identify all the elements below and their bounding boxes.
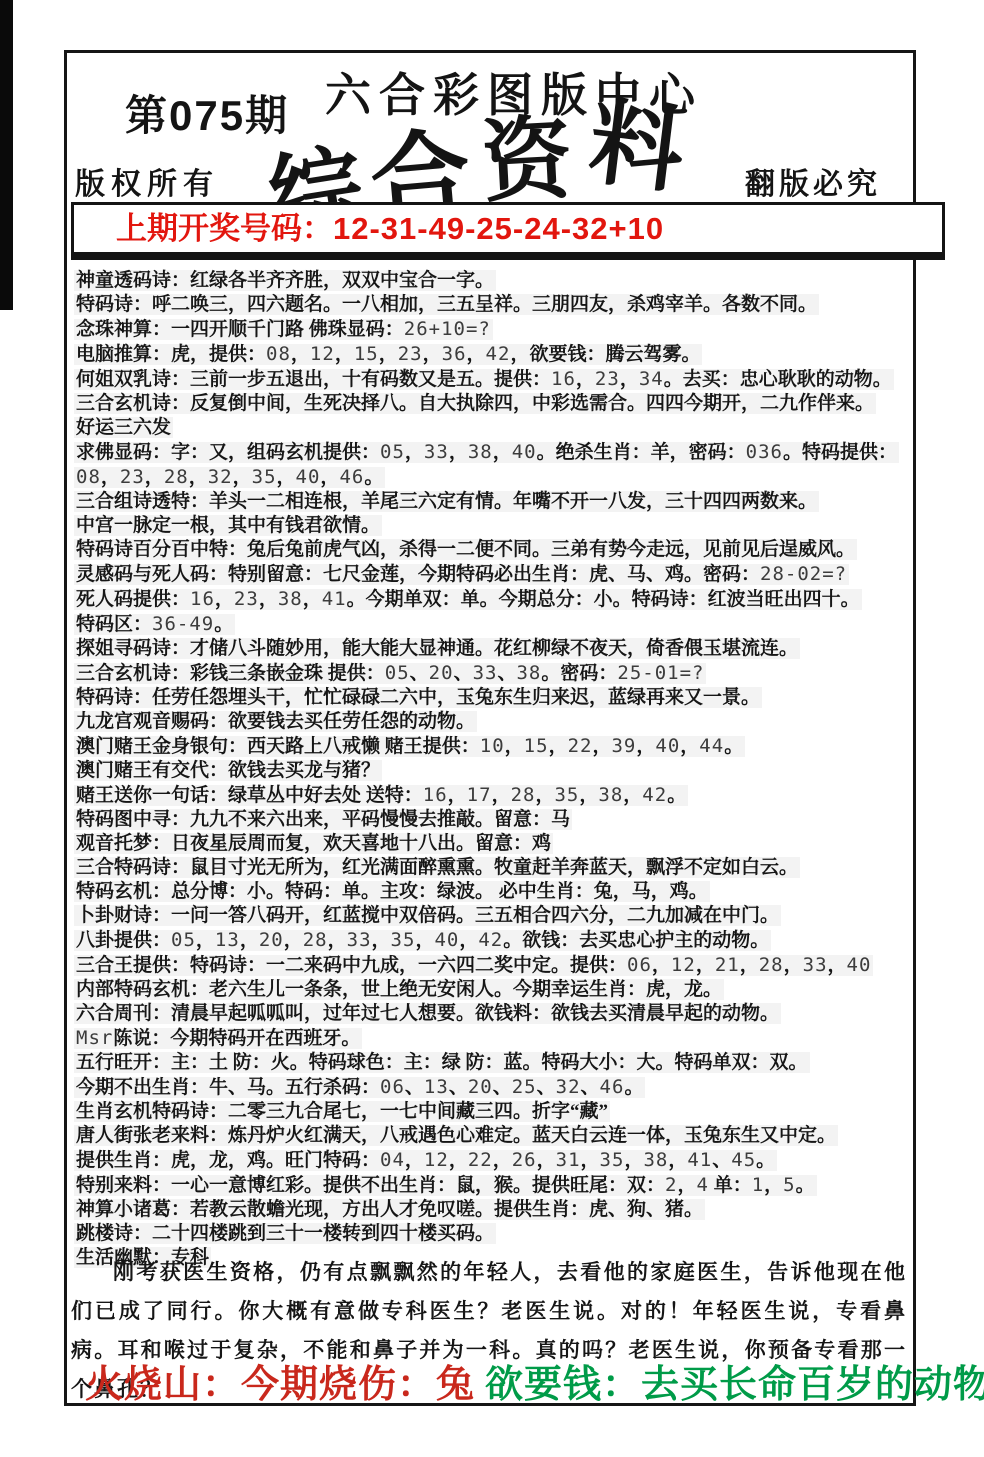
content-line: 今期不出生肖：牛、马。五行杀码：06、13、20、25、32、46。 — [74, 1075, 908, 1100]
number-run: 2 — [665, 1174, 677, 1196]
content-line: 中宫一脉定一根，其中有钱君欲情。 — [74, 514, 908, 538]
content-line: 特码诗百分百中特：兔后兔前虎气凶，杀得一二便不同。三弟有势今走远，见前见后逞威风… — [74, 538, 908, 562]
number-run: 15 — [524, 735, 549, 757]
content-line: 生肖玄机特码诗：二零三九合尾七，一七中间藏三四。折字“藏” — [74, 1100, 908, 1124]
number-run: 44 — [699, 735, 724, 757]
content-line: 好运三六发 — [74, 416, 908, 440]
content-line: 神算小诸葛：若教云散蟾光现，方出人才免叹嗟。提供生肖：虎、狗、猪。 — [74, 1198, 908, 1222]
number-run: 05 — [171, 929, 196, 951]
number-run: 12 — [671, 954, 696, 976]
line-text: 特别来料：一心一意博红彩。提供不出生肖：鼠，猴。提供旺尾：双：2，4 单：1，5… — [74, 1175, 817, 1196]
number-run: 06 — [380, 1076, 405, 1098]
scan-artifact-strip — [0, 0, 13, 310]
number-run: 41 — [687, 1149, 712, 1171]
line-text: 生肖玄机特码诗：二零三九合尾七，一七中间藏三四。折字“藏” — [74, 1101, 610, 1122]
line-text: 特码诗：任劳任怨埋头干，忙忙碌碌二六中，玉兔东生归来迟，蓝绿再来又一景。 — [74, 687, 762, 708]
line-text: 死人码提供：16，23，38，41。今期单双：单。今期总分：小。特码诗：红波当旺… — [74, 589, 862, 610]
number-run: Msr — [76, 1027, 113, 1049]
number-run: 40 — [434, 929, 459, 951]
number-run: 04 — [380, 1149, 405, 1171]
line-text: 灵感码与死人码：特别留意：七尺金莲，今期特码必出生肖：虎、马、鸡。密码：28-0… — [74, 564, 849, 585]
line-text: 三合王提供：特码诗：一二来码中九成，一六四二奖中定。提供：06，12，21，28… — [74, 955, 873, 976]
number-run: 08 — [76, 466, 101, 488]
number-run: 28 — [511, 784, 536, 806]
line-text: 特码诗：呼二唤三，四六题名。一八相加，三五呈祥。三朋四友，杀鸡宰羊。各数不同。 — [74, 294, 819, 315]
number-run: 22 — [568, 735, 593, 757]
content-line: 九龙宫观音赐码：欲要钱去买任劳任怨的动物。 — [74, 710, 908, 734]
line-text: 今期不出生肖：牛、马。五行杀码：06、13、20、25、32、46。 — [74, 1077, 645, 1098]
number-run: 12 — [310, 343, 335, 365]
content-line: 特码诗：任劳任怨埋头干，忙忙碌碌二六中，玉兔东生归来迟，蓝绿再来又一景。 — [74, 686, 908, 710]
number-run: 38 — [516, 662, 541, 684]
content-line: 特码区：36-49。 — [74, 612, 908, 637]
line-text: 唐人街张老来料：炼丹炉火红满天，八戒遇色心难定。蓝天白云连一体，玉兔东生又中定。 — [74, 1125, 838, 1146]
last-draw-numbers-box: 上期开奖号码：12-31-49-25-24-32+10 — [71, 202, 945, 260]
number-run: 22 — [468, 1149, 493, 1171]
number-run: 35 — [554, 784, 579, 806]
number-run: 16 — [190, 588, 215, 610]
line-text: 神童透码诗：红绿各半齐齐胜，双双中宝合一字。 — [74, 270, 496, 291]
line-text: 电脑推算：虎，提供：08，12，15，23，36，42，欲要钱：腾云驾雾。 — [74, 344, 702, 365]
line-text: 特码玄机：总分博：小。特码：单。主攻：绿波。 必中生肖：兔，马，鸡。 — [74, 881, 710, 902]
number-run: 46 — [600, 1076, 625, 1098]
anti-piracy-notice: 翻版必究 — [745, 159, 881, 203]
line-text: 八卦提供：05，13，20，28，33，35，40，42。欲钱：去买忠心护主的动… — [74, 930, 771, 951]
page-frame: 第075期 六合彩图版中心 综合资料 版权所有 翻版必究 上期开奖号码：12-3… — [64, 50, 916, 1406]
content-line: 澳门赌王有交代：欲钱去买龙与猪？ — [74, 759, 908, 783]
content-line: 三合玄机诗：反复倒中间，生死决择八。自大执除四，中彩选需合。四四今期开，二九作伴… — [74, 392, 908, 416]
line-text: 中宫一脉定一根，其中有钱君欲情。 — [74, 515, 382, 536]
number-run: 42 — [642, 784, 667, 806]
number-run: 23 — [595, 368, 620, 390]
number-run: 38 — [598, 784, 623, 806]
number-run: 036 — [746, 441, 783, 463]
number-run: 32 — [556, 1076, 581, 1098]
number-run: 06 — [627, 954, 652, 976]
content-line: 念珠神算：一四开顺千门路 佛珠显码：26+10=? — [74, 317, 908, 342]
number-run: 23 — [120, 466, 145, 488]
line-text: 探姐寻码诗：才储八斗随妙用，能大能大显神通。花红柳绿不夜天，倚香偎玉堪流连。 — [74, 638, 800, 659]
number-run: 05 — [385, 662, 410, 684]
line-text: 九龙宫观音赐码：欲要钱去买任劳任怨的动物。 — [74, 711, 477, 732]
content-line: 三合组诗透特：羊头一二相连根，羊尾三六定有情。年嘴不开一八发，三十四四两数来。 — [74, 490, 908, 514]
title-char: 资 — [478, 85, 575, 219]
content-line: 内部特码玄机：老六生儿一条条，世上绝无安闲人。今期幸运生肖：虎，龙。 — [74, 978, 908, 1002]
number-run: 10 — [480, 735, 505, 757]
line-text: 内部特码玄机：老六生儿一条条，世上绝无安闲人。今期幸运生肖：虎，龙。 — [74, 979, 724, 1000]
line-text: 好运三六发 — [74, 417, 173, 438]
line-text: 三合组诗透特：羊头一二相连根，羊尾三六定有情。年嘴不开一八发，三十四四两数来。 — [74, 491, 819, 512]
number-run: 16 — [423, 784, 448, 806]
number-run: 31 — [556, 1149, 581, 1171]
number-run: 5 — [783, 1174, 795, 1196]
number-run: 20 — [468, 1076, 493, 1098]
line-text: 六合周刊：清晨早起呱呱叫，过年过七人想要。欲钱料：欲钱去买清晨早起的动物。 — [74, 1003, 781, 1024]
line-text: 何姐双乳诗：三前一步五退出，十有码数又是五。提供：16，23，34。去买：忠心耿… — [74, 369, 894, 390]
line-text: 三合特码诗：鼠目寸光无所为，红光满面醉熏熏。牧童赶羊奔蓝天，飘浮不定如白云。 — [74, 857, 800, 878]
content-line: 六合周刊：清晨早起呱呱叫，过年过七人想要。欲钱料：欲钱去买清晨早起的动物。 — [74, 1002, 908, 1026]
content-line: 神童透码诗：红绿各半齐齐胜，双双中宝合一字。 — [74, 269, 908, 293]
content-line: 观音托梦：日夜星辰周而复，欢天喜地十八出。留意：鸡 — [74, 832, 908, 856]
number-run: 40 — [655, 735, 680, 757]
number-run: 16 — [551, 368, 576, 390]
number-run: 26+10=? — [404, 318, 491, 340]
number-run: 05 — [380, 441, 405, 463]
content-line: 特码玄机：总分博：小。特码：单。主攻：绿波。 必中生肖：兔，马，鸡。 — [74, 880, 908, 904]
number-run: 08 — [266, 343, 291, 365]
number-run: 4 — [696, 1174, 708, 1196]
line-text: 求佛显码：字：又，组码玄机提供：05，33，38，40。绝杀生肖：羊，密码：03… — [74, 442, 899, 463]
title-char: 料 — [583, 66, 693, 211]
content-line: 探姐寻码诗：才储八斗随妙用，能大能大显神通。花红柳绿不夜天，倚香偎玉堪流连。 — [74, 637, 908, 661]
content-line: 唐人街张老来料：炼丹炉火红满天，八戒遇色心难定。蓝天白云连一体，玉兔东生又中定。 — [74, 1124, 908, 1148]
number-run: 38 — [468, 441, 493, 463]
number-run: 20 — [259, 929, 284, 951]
number-run: 33 — [424, 441, 449, 463]
number-run: 40 — [512, 441, 537, 463]
number-run: 33 — [473, 662, 498, 684]
content-line: 卜卦财诗：一问一答八码开，红蓝搅中双倍码。三五相合四六分，二九加减在中门。 — [74, 904, 908, 928]
number-run: 1 — [752, 1174, 764, 1196]
line-text: 澳门赌王金身银句：西天路上八戒懒 赌王提供：10，15，22，39，40，44。 — [74, 736, 745, 757]
line-text: 特码图中寻：九九不来六出来，平码慢慢去推敲。留意：马 — [74, 809, 572, 830]
number-run: 45 — [731, 1149, 756, 1171]
content-line: 08，23，28，32，35，40，46。 — [74, 465, 908, 490]
content-line: 提供生肖：虎，龙，鸡。旺门特码：04，12，22，26，31，35，38，41、… — [74, 1148, 908, 1173]
number-run: 28 — [759, 954, 784, 976]
hot-tip-green: 欲要钱：去买长命百岁的动物 — [485, 1364, 984, 1406]
number-run: 41 — [322, 588, 347, 610]
number-run: 28 — [164, 466, 189, 488]
content-line: 三合特码诗：鼠目寸光无所为，红光满面醉熏熏。牧童赶羊奔蓝天，飘浮不定如白云。 — [74, 856, 908, 880]
number-run: 15 — [354, 343, 379, 365]
number-run: 42 — [478, 929, 503, 951]
number-run: 40 — [847, 954, 872, 976]
number-run: 28-02=? — [760, 563, 847, 585]
number-run: 35 — [252, 466, 277, 488]
line-text: 卜卦财诗：一问一答八码开，红蓝搅中双倍码。三五相合四六分，二九加减在中门。 — [74, 905, 781, 926]
number-run: 46 — [339, 466, 364, 488]
content-line: 特别来料：一心一意博红彩。提供不出生肖：鼠，猴。提供旺尾：双：2，4 单：1，5… — [74, 1173, 908, 1198]
number-run: 25-01=? — [617, 662, 704, 684]
number-run: 17 — [467, 784, 492, 806]
number-run: 35 — [391, 929, 416, 951]
number-run: 21 — [715, 954, 740, 976]
line-text: Msr陈说：今期特码开在西班牙。 — [74, 1028, 362, 1049]
line-text: 特码诗百分百中特：兔后兔前虎气凶，杀得一二便不同。三弟有势今走远，见前见后逞威风… — [74, 539, 857, 560]
content-line: 电脑推算：虎，提供：08，12，15，23，36，42，欲要钱：腾云驾雾。 — [74, 342, 908, 367]
content-line: 特码图中寻：九九不来六出来，平码慢慢去推敲。留意：马 — [74, 808, 908, 832]
content-line: 澳门赌王金身银句：西天路上八戒懒 赌王提供：10，15，22，39，40，44。 — [74, 734, 908, 759]
number-run: 33 — [803, 954, 828, 976]
line-text: 澳门赌王有交代：欲钱去买龙与猪？ — [74, 760, 382, 781]
content-line: 特码诗：呼二唤三，四六题名。一八相加，三五呈祥。三朋四友，杀鸡宰羊。各数不同。 — [74, 293, 908, 317]
number-run: 34 — [639, 368, 664, 390]
number-run: 12 — [424, 1149, 449, 1171]
number-run: 25 — [512, 1076, 537, 1098]
page: { "header": { "issue": "第075期", "site_ti… — [0, 0, 984, 1457]
hot-tip-line: 火烧山：今期烧伤：兔欲要钱：去买长命百岁的动物 — [85, 1353, 907, 1408]
line-text: 08，23，28，32，35，40，46。 — [74, 467, 385, 488]
content-line: 五行旺开：主：土 防：火。特码球色：主：绿 防：蓝。特码大小：大。特码单双：双。 — [74, 1051, 908, 1075]
number-run: 13 — [424, 1076, 449, 1098]
line-text: 观音托梦：日夜星辰周而复，欢天喜地十八出。留意：鸡 — [74, 833, 553, 854]
line-text: 神算小诸葛：若教云散蟾光现，方出人才免叹嗟。提供生肖：虎、狗、猪。 — [74, 1199, 705, 1220]
content-line: Msr陈说：今期特码开在西班牙。 — [74, 1026, 908, 1051]
number-run: 36 — [442, 343, 467, 365]
content-lines: 神童透码诗：红绿各半齐齐胜，双双中宝合一字。特码诗：呼二唤三，四六题名。一八相加… — [74, 269, 908, 1270]
line-text: 三合玄机诗：反复倒中间，生死决择八。自大执除四，中彩选需合。四四今期开，二九作伴… — [74, 393, 876, 414]
content-line: 灵感码与死人码：特别留意：七尺金莲，今期特码必出生肖：虎、马、鸡。密码：28-0… — [74, 562, 908, 587]
number-run: 20 — [429, 662, 454, 684]
number-run: 38 — [643, 1149, 668, 1171]
content-line: 三合王提供：特码诗：一二来码中九成，一六四二奖中定。提供：06，12，21，28… — [74, 953, 908, 978]
number-run: 35 — [600, 1149, 625, 1171]
line-text: 跳楼诗：二十四楼跳到三十一楼转到四十楼买码。 — [74, 1223, 496, 1244]
number-run: 38 — [278, 588, 303, 610]
number-run: 33 — [347, 929, 372, 951]
content-line: 八卦提供：05，13，20，28，33，35，40，42。欲钱：去买忠心护主的动… — [74, 928, 908, 953]
number-run: 23 — [234, 588, 259, 610]
number-run: 26 — [512, 1149, 537, 1171]
content-line: 何姐双乳诗：三前一步五退出，十有码数又是五。提供：16，23，34。去买：忠心耿… — [74, 367, 908, 392]
hot-tip-red: 火烧山：今期烧伤：兔 — [85, 1364, 475, 1406]
number-run: 23 — [398, 343, 423, 365]
content-line: 跳楼诗：二十四楼跳到三十一楼转到四十楼买码。 — [74, 1222, 908, 1246]
number-run: 39 — [611, 735, 636, 757]
line-text: 念珠神算：一四开顺千门路 佛珠显码：26+10=? — [74, 319, 493, 340]
line-text: 特码区：36-49。 — [74, 614, 235, 635]
number-run: 40 — [296, 466, 321, 488]
number-run: 12-31-49-25-24-32+10 — [333, 211, 664, 246]
content-line: 赌王送你一句话：绿草丛中好去处 送特：16，17，28，35，38，42。 — [74, 783, 908, 808]
line-text: 三合玄机诗：彩钱三条嵌金珠 提供：05、20、33、38。密码：25-01=? — [74, 663, 706, 684]
line-text: 赌王送你一句话：绿草丛中好去处 送特：16，17，28，35，38，42。 — [74, 785, 688, 806]
number-run: 28 — [303, 929, 328, 951]
content-line: 三合玄机诗：彩钱三条嵌金珠 提供：05、20、33、38。密码：25-01=? — [74, 661, 908, 686]
line-text: 五行旺开：主：土 防：火。特码球色：主：绿 防：蓝。特码大小：大。特码单双：双。 — [74, 1052, 810, 1073]
copyright-notice: 版权所有 — [75, 159, 219, 203]
number-run: 36-49 — [152, 613, 214, 635]
line-text: 提供生肖：虎，龙，鸡。旺门特码：04，12，22，26，31，35，38，41、… — [74, 1150, 777, 1171]
number-run: 32 — [208, 466, 233, 488]
number-run: 42 — [486, 343, 511, 365]
content-line: 求佛显码：字：又，组码玄机提供：05，33，38，40。绝杀生肖：羊，密码：03… — [74, 440, 908, 465]
number-run: 13 — [215, 929, 240, 951]
content-line: 死人码提供：16，23，38，41。今期单双：单。今期总分：小。特码诗：红波当旺… — [74, 587, 908, 612]
